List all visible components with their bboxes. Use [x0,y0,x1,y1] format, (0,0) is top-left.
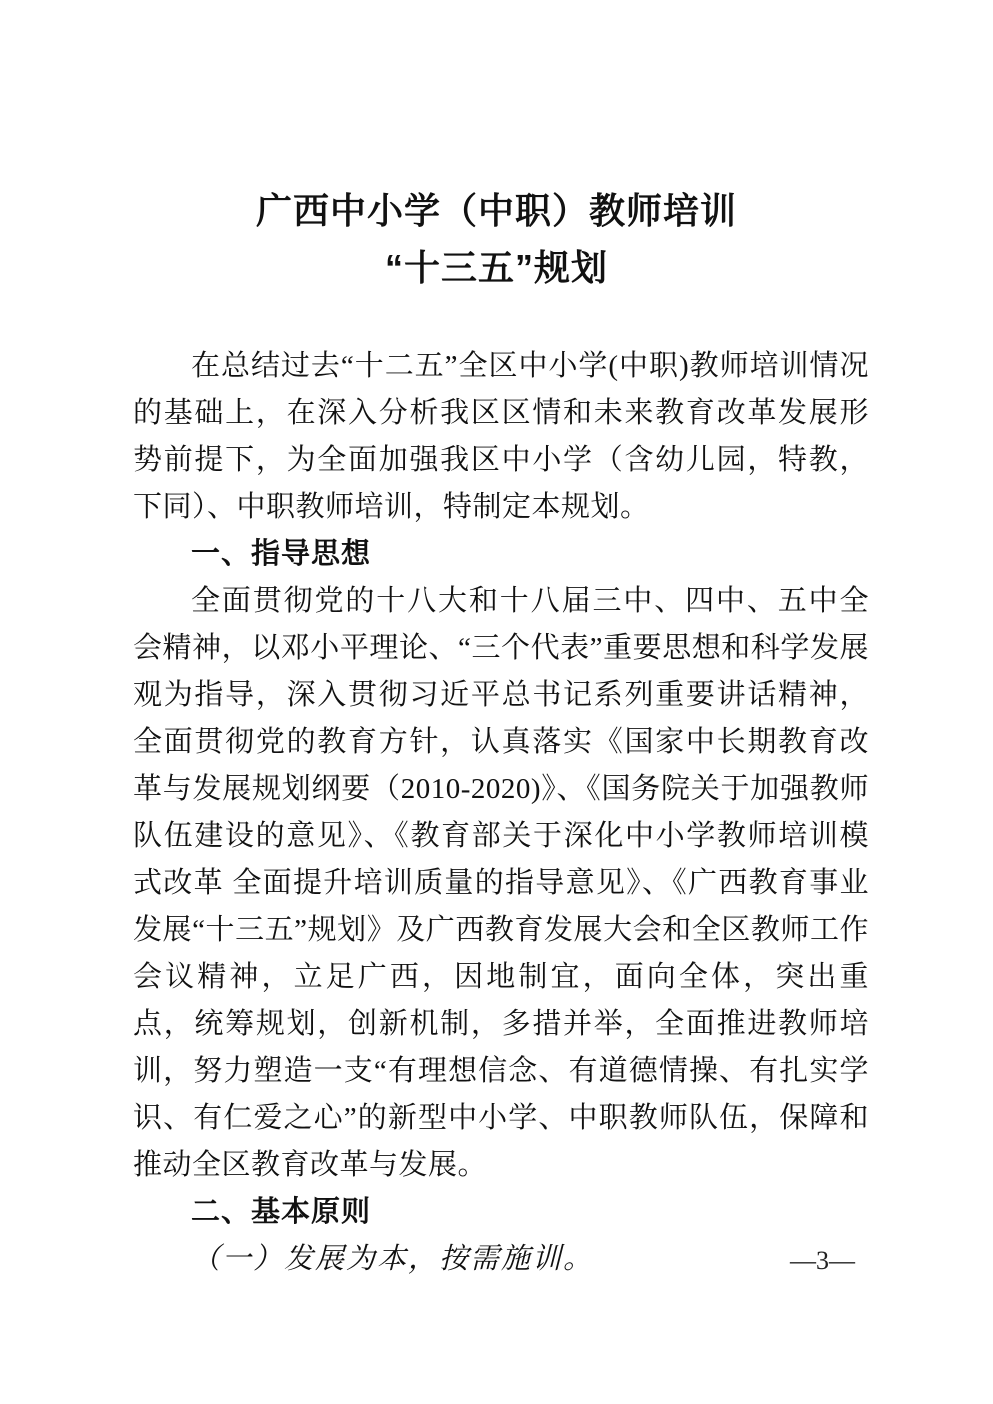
title-line-1: 广西中小学（中职）教师培训 [0,182,993,239]
paragraph-intro: 在总结过去“十二五”全区中小学(中职)教师培训情况的基础上，在深入分析我区区情和… [133,343,869,531]
principle-item-1: （一）发展为本，按需施训。 [133,1236,869,1283]
title-line-2: “十三五”规划 [0,239,993,296]
document-page: 广西中小学（中职）教师培训 “十三五”规划 在总结过去“十二五”全区中小学(中职… [0,0,993,1404]
section-heading-guiding-ideology: 一、指导思想 [133,531,869,578]
paragraph-guiding-ideology: 全面贯彻党的十八大和十八届三中、四中、五中全会精神，以邓小平理论、“三个代表”重… [133,578,869,1189]
document-title: 广西中小学（中职）教师培训 “十三五”规划 [0,0,993,296]
page-number: —3— [790,1248,855,1274]
document-body: 在总结过去“十二五”全区中小学(中职)教师培训情况的基础上，在深入分析我区区情和… [133,343,869,1283]
section-heading-basic-principles: 二、基本原则 [133,1189,869,1236]
